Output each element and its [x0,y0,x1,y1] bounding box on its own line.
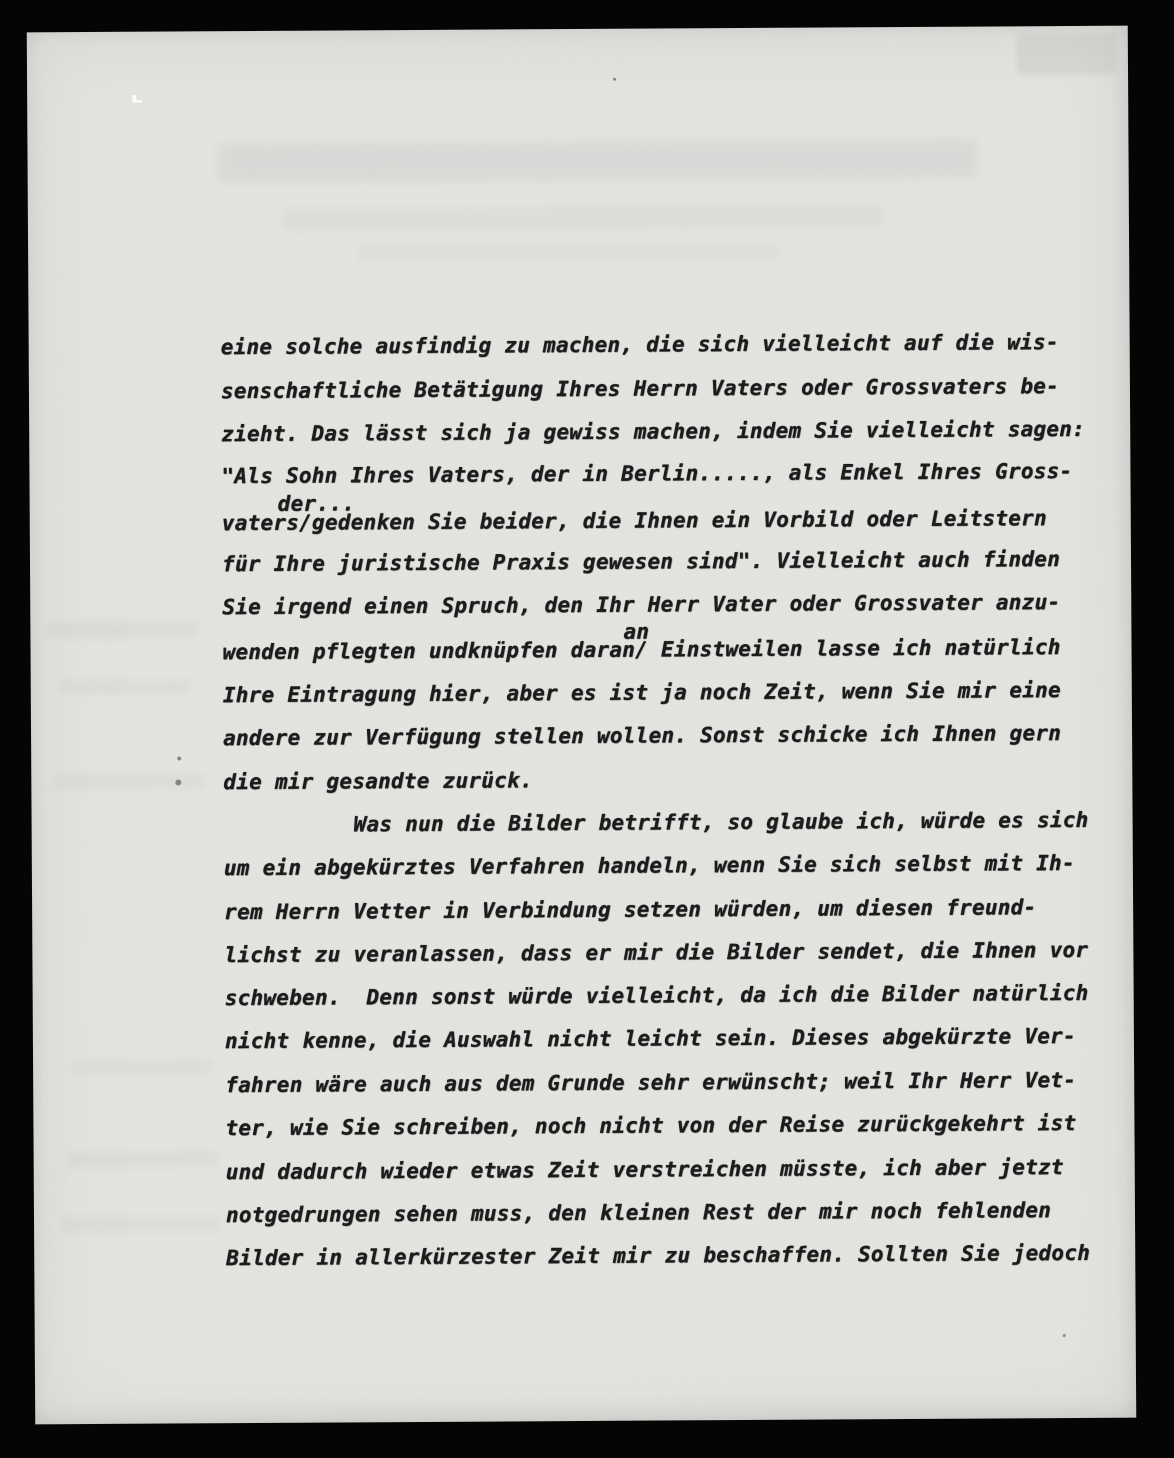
letter-line: senschaftliche Betätigung Ihres Herrn Va… [221,373,1059,404]
letter-line: für Ihre juristische Praxis gewesen sind… [222,546,1060,577]
scan-background: eine solche ausfindig zu machen, die sic… [0,0,1174,1458]
letter-line: und dadurch wieder etwas Zeit verstreich… [226,1154,1064,1185]
letter-line: vaters/gedenken Sie beider, die Ihnen ei… [222,505,1047,536]
letter-line: andere zur Verfügung stellen wollen. Son… [223,720,1061,751]
letter-line: fahren wäre auch aus dem Grunde sehr erw… [225,1067,1076,1098]
letter-line: um ein abgekürztes Verfahren handeln, we… [224,850,1075,881]
letter-line: Ihre Eintragung hier, aber es ist ja noc… [223,677,1061,708]
letter-line: Bilder in allerkürzester Zeit mir zu bes… [226,1240,1090,1271]
letter-line: ter, wie Sie schreiben, noch nicht von d… [225,1110,1076,1141]
letter-line: nicht kenne, die Auswahl nicht leicht se… [225,1023,1076,1054]
letter-line: Was nun die Bilder betrifft, so glaube i… [354,807,1089,837]
letter-line: wenden pflegten undknüpfen daran/ Einstw… [222,634,1060,665]
letter-line: rem Herrn Vetter in Verbindung setzen wü… [224,894,1036,925]
letter-line: zieht. Das lässt sich ja gewiss machen, … [221,416,1085,447]
letter-line: eine solche ausfindig zu machen, die sic… [221,329,1059,360]
letter-line: Sie irgend einen Spruch, den Ihr Herr Va… [222,589,1060,620]
letter-line: notgedrungen sehen muss, den kleinen Res… [226,1197,1051,1228]
letter-body: eine solche ausfindig zu machen, die sic… [27,26,1136,1425]
letter-line: schweben. Denn sonst würde vielleicht, d… [225,980,1089,1011]
letter-line: "Als Sohn Ihres Vaters, der in Berlin...… [221,458,1072,489]
letter-page: eine solche ausfindig zu machen, die sic… [27,26,1136,1425]
letter-line: lichst zu veranlassen, dass er mir die B… [224,937,1088,968]
letter-line: die mir gesandte zurück. [223,767,533,795]
